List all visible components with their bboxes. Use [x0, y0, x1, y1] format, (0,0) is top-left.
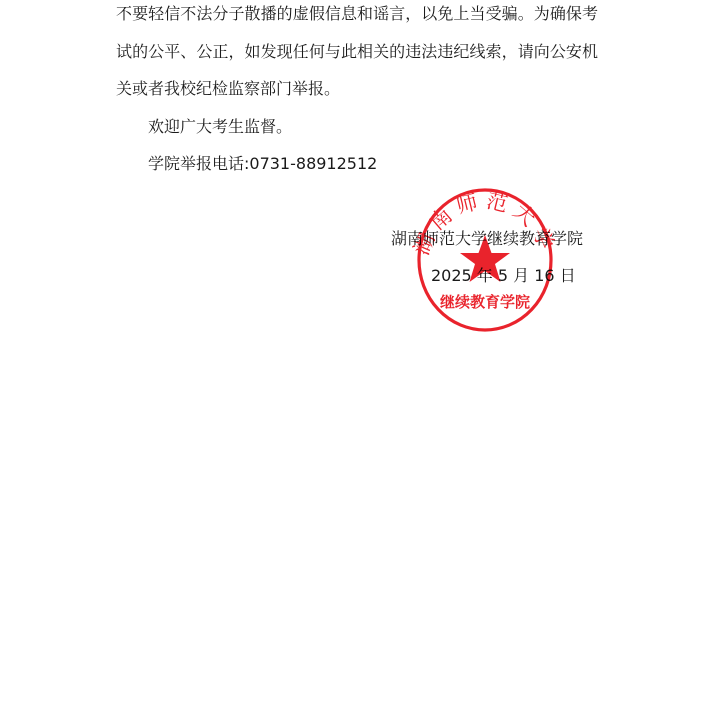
seal-bottom-text: 继续教育学院	[440, 293, 530, 311]
document-page: 不要轻信不法分子散播的虚假信息和谣言，以免上当受骗。为确保考 试的公平、公正，如…	[0, 0, 704, 717]
official-seal-icon: 湖南师范大学 继续教育学院	[412, 185, 558, 335]
paragraph-line-2: 试的公平、公正，如发现任何与此相关的违法违纪线索，请向公安机	[116, 42, 598, 62]
paragraph-line-1: 不要轻信不法分子散播的虚假信息和谣言，以免上当受骗。为确保考	[116, 4, 598, 24]
paragraph-line-3: 关或者我校纪检监察部门举报。	[116, 79, 598, 99]
welcome-line: 欢迎广大考生监督。	[148, 117, 292, 137]
signature-date: 2025 年 5 月 16 日	[431, 266, 576, 286]
hotline-line: 学院举报电话:0731-88912512	[148, 154, 377, 174]
signature-organization: 湖南师范大学继续教育学院	[391, 229, 583, 249]
